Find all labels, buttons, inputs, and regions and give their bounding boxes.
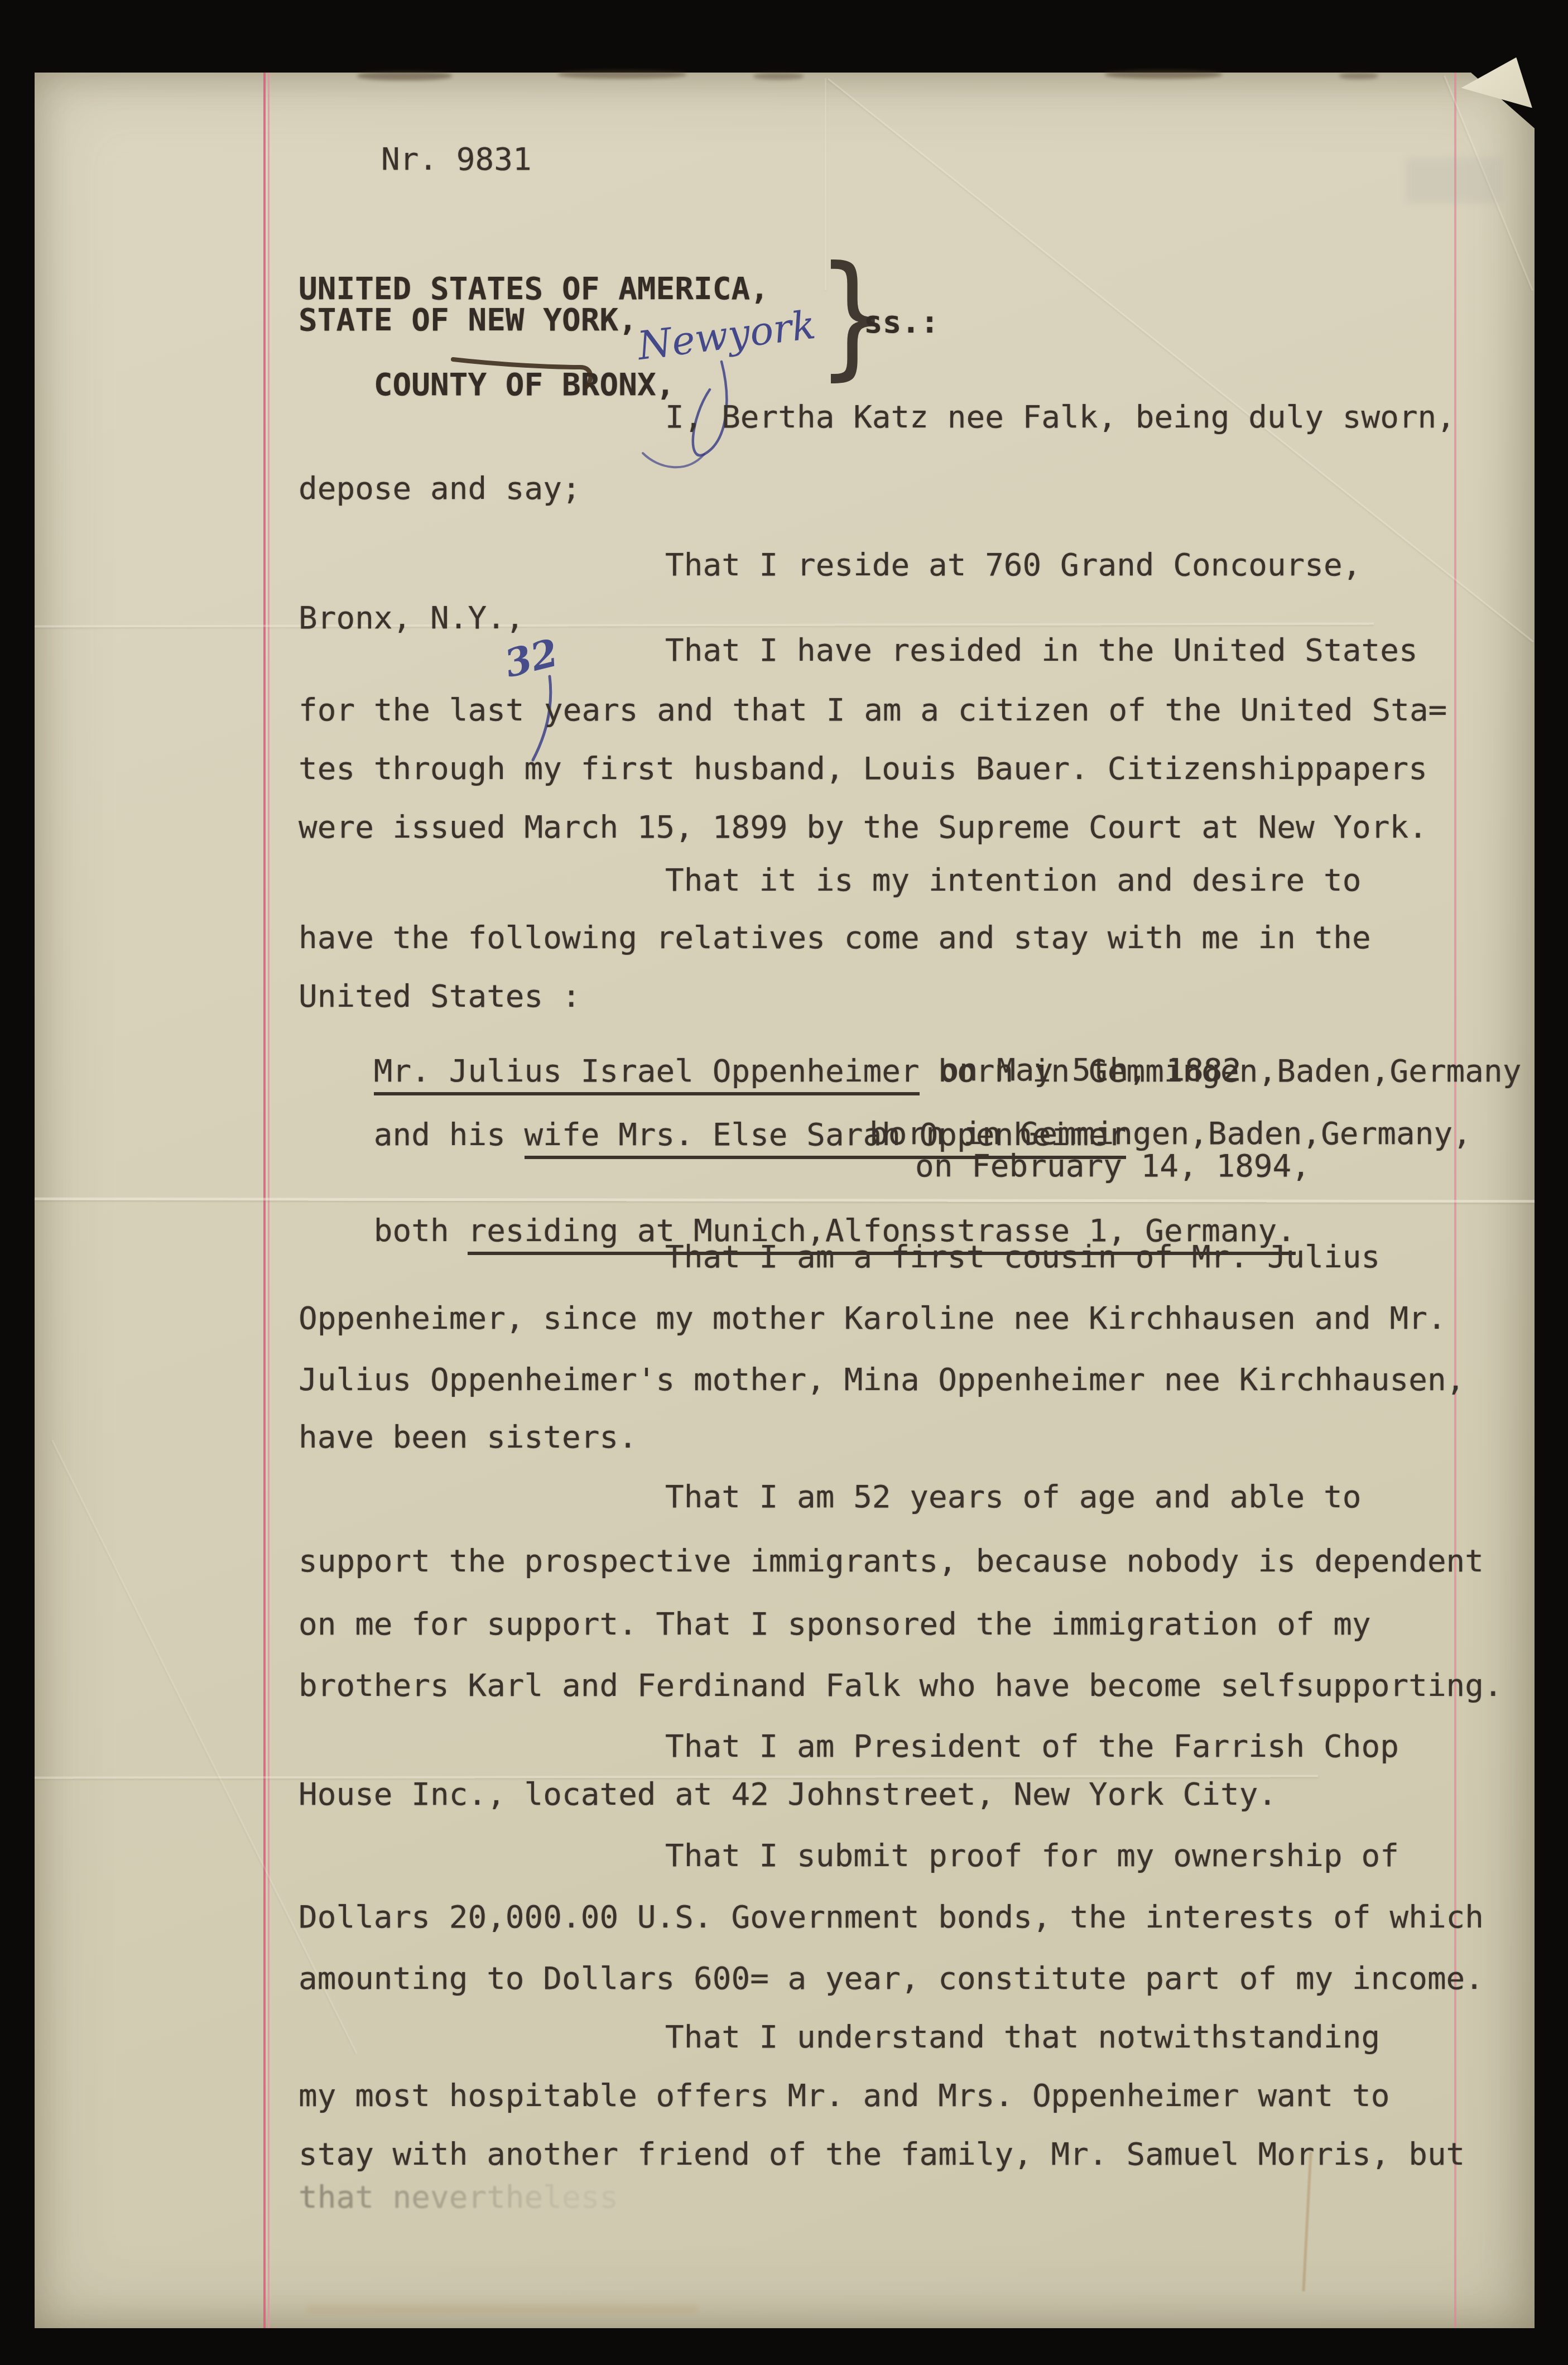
typed-line: That it is my intention and desire to — [665, 864, 1361, 897]
typed-line: on me for support. That I sponsored the … — [299, 1608, 1371, 1641]
typed-line: That I reside at 760 Grand Concourse, — [665, 549, 1361, 582]
typed-line: Julius Oppenheimer's mother, Mina Oppenh… — [299, 1363, 1465, 1397]
typed-line: United States : — [299, 980, 581, 1013]
typed-line: That I have resided in the United States — [665, 634, 1418, 667]
typed-line: born in Gemmingen,Baden,Germany, — [869, 1117, 1471, 1151]
typed-line: were issued March 15, 1899 by the Suprem… — [299, 811, 1427, 844]
typed-line: my most hospitable offers Mr. and Mrs. O… — [299, 2079, 1389, 2113]
typed-line: I, Bertha Katz nee Falk, being duly swor… — [665, 401, 1455, 434]
typed-line: on February 14, 1894, — [915, 1150, 1310, 1183]
typed-line: That I submit proof for my ownership of — [665, 1839, 1399, 1873]
typed-line: have the following relatives come and st… — [299, 921, 1371, 955]
typed-line: brothers Karl and Ferdinand Falk who hav… — [299, 1669, 1503, 1703]
typed-line: amounting to Dollars 600= a year, consti… — [299, 1962, 1484, 1996]
venue-country: UNITED STATES OF AMERICA, — [299, 272, 769, 306]
typed-line: That I am President of the Farrish Chop — [665, 1730, 1399, 1763]
wife-prefix: and his — [374, 1117, 525, 1153]
typed-line: tes through my first husband, Louis Baue… — [299, 752, 1427, 786]
typed-line: years and that I am a citizen of the Uni… — [544, 694, 1447, 727]
typed-line: That I am a first cousin of Mr. Julius — [665, 1241, 1380, 1274]
typed-line: Oppenheimer, since my mother Karoline ne… — [299, 1302, 1446, 1335]
typed-line: support the prospective immigrants, beca… — [299, 1545, 1484, 1578]
typed-line-faded: that nevertheless — [299, 2181, 618, 2214]
venue-county-prefix: COUNTY OF — [374, 367, 562, 403]
scanned-affidavit-page: Nr. 9831 UNITED STATES OF AMERICA, STATE… — [0, 0, 1568, 2365]
typed-line: stay with another friend of the family, … — [299, 2138, 1465, 2171]
ss-label: ss.: — [864, 306, 939, 339]
venue-county-comma: , — [656, 367, 675, 403]
both-prefix: both — [374, 1213, 468, 1249]
typed-line: depose and say; — [299, 472, 581, 506]
typed-line: That I understand that notwithstanding — [665, 2021, 1380, 2054]
venue-county-struck: BRONX — [562, 367, 656, 403]
typed-line: Dollars 20,000.00 U.S. Government bonds,… — [299, 1901, 1484, 1934]
typed-line: That I am 52 years of age and able to — [665, 1480, 1361, 1514]
file-number: Nr. 9831 — [381, 143, 532, 176]
typed-line: Bronx, N.Y., — [299, 602, 525, 635]
typed-line: for the last — [299, 694, 525, 727]
typed-line: on May 5th, 1882 — [940, 1054, 1241, 1087]
typed-line: have been sisters. — [299, 1421, 637, 1454]
typed-line: House Inc., located at 42 Johnstreet, Ne… — [299, 1778, 1277, 1811]
venue-county: COUNTY OF BRONX, — [299, 335, 675, 435]
venue-state: STATE OF NEW YORK, — [299, 304, 637, 337]
